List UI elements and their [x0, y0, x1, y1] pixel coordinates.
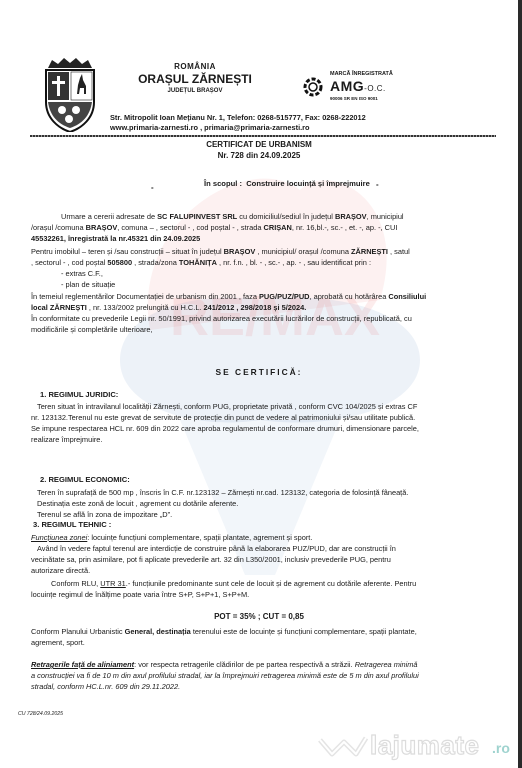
property-line-1: Pentru imobilul – teren și /sau construc…: [31, 246, 410, 257]
text: În temeiul reglementărilor Documentației…: [31, 292, 259, 301]
utr-code: UTR 31: [100, 579, 125, 588]
text: terenului este de locuințe și funcțiuni …: [191, 627, 417, 636]
section-heading-economic: 2. REGIMUL ECONOMIC:: [40, 475, 130, 484]
text: , sectorul - , cod poștal: [31, 258, 107, 267]
se-certifica-heading: SE CERTIFICĂ:: [0, 367, 518, 377]
request-line-3: 45532261, înregistrată la nr.45321 din 2…: [31, 233, 200, 244]
issuer-block: ROMÂNIA ORAȘUL ZĂRNEȘTI JUDEȚUL BRAȘOV: [115, 62, 275, 94]
text: /orașul /comuna: [31, 223, 86, 232]
text: , municipiul: [367, 212, 404, 221]
postal-code: 505800: [107, 258, 132, 267]
pug-line: agrement, sport.: [31, 637, 85, 648]
legal-line-3: În conformitate cu prevederile Legii nr.…: [31, 313, 412, 324]
amg-gear-icon: [302, 76, 324, 98]
text: Urmare a cererii adresate de: [61, 212, 157, 221]
council: local ZĂRNEȘTI: [31, 303, 87, 312]
locality: ZĂRNEȘTI: [351, 247, 388, 256]
economic-line: Terenul se află în zona de impozitare „D…: [37, 509, 172, 520]
request-line-2: /orașul /comuna BRAȘOV, comuna – , secto…: [31, 222, 397, 233]
dash-mark: -: [151, 183, 154, 192]
footer-reference: CU 728/24.09.2025: [18, 711, 63, 717]
economic-line: Teren în suprafață de 500 mp , înscris î…: [37, 487, 408, 498]
identification-item: - plan de situație: [61, 279, 115, 290]
text: cu domiciliul/sediul în județul: [237, 212, 335, 221]
amg-logo-text: AMG-O.C.: [330, 78, 386, 94]
phase: PUG/PUZ/PUD: [259, 292, 310, 301]
zone-function-line: Funcțiunea zonei: locuințe funcțiuni com…: [31, 532, 312, 543]
setback-line-1: Retragerile față de aliniament: vor resp…: [31, 659, 418, 670]
text: , satul: [388, 247, 410, 256]
text: : vor respecta retragerile clădirilor de…: [134, 660, 355, 669]
tehnic-line: Având în vedere faptul terenul are inter…: [37, 543, 396, 554]
dash-mark: -: [376, 180, 379, 189]
legal-line-1: În temeiul reglementărilor Documentației…: [31, 291, 426, 302]
city-name: ORAȘUL ZĂRNEȘTI: [115, 72, 275, 86]
brand-name: lajumate: [370, 730, 480, 761]
amg-suffix: -O.C.: [364, 84, 386, 93]
section-heading-tehnic: 3. REGIMUL TEHNIC :: [33, 520, 111, 529]
juridic-line: Se impune respectarea HCL nr. 609 din 20…: [31, 423, 419, 434]
text: , strada/zona: [132, 258, 179, 267]
city: BRAȘOV: [86, 223, 118, 232]
zone: TOHĂNIȚA: [179, 258, 217, 267]
registered-mark-label: MARCĂ ÎNREGISTRATĂ: [330, 71, 393, 77]
county: BRAȘOV: [335, 212, 367, 221]
text: General, destinația: [125, 627, 191, 636]
text: , aprobată cu hotărârea: [310, 292, 389, 301]
city-crest-icon: [42, 58, 98, 132]
text: , municipiul/ orașul /comuna: [255, 247, 351, 256]
right-border: [518, 0, 522, 768]
issuer-web[interactable]: www.primaria-zarnesti.ro , primaria@prim…: [110, 123, 310, 132]
scope-value: Construire locuință și împrejmuire: [246, 179, 370, 188]
amg-name: AMG: [330, 78, 364, 94]
height-regime-line: locuințe regimul de înălțime poate varia…: [31, 589, 249, 600]
tehnic-line: vecinătate sa, prin asimilare, pot fi ap…: [31, 554, 391, 565]
text: , nr. 133/2002 prelungită cu H.C.L.: [87, 303, 204, 312]
document-page: RE/MAX ROMÂNIA ORAȘUL ZĂRNEȘTI JUDEȚUL B…: [0, 0, 518, 768]
county: BRAȘOV: [224, 247, 256, 256]
lajumate-watermark: lajumate .ro: [316, 728, 516, 762]
text: Consiliului: [388, 292, 426, 301]
certificate-scope: În scopul : Construire locuință și împre…: [204, 179, 370, 188]
street: CRIȘAN: [264, 223, 292, 232]
text: .- funcțiunile predominante sunt cele de…: [126, 579, 416, 588]
legal-line-2: local ZĂRNEȘTI , nr. 133/2002 prelungită…: [31, 302, 306, 313]
juridic-line: realizare împrejmuire.: [31, 434, 102, 445]
text: Conform RLU,: [51, 579, 100, 588]
juridic-line: Teren situat în intravilanul localității…: [37, 401, 417, 412]
pug-line: Conform Planului Urbanistic General, des…: [31, 626, 417, 637]
scope-label: În scopul :: [204, 179, 242, 188]
issuer-address: Str. Mitropolit Ioan Mețianu Nr. 1, Tele…: [110, 113, 366, 122]
zone-function-label: Funcțiunea zonei: [31, 533, 87, 542]
lajumate-logo-icon: [316, 730, 368, 760]
certificate-number: Nr. 728 din 24.09.2025: [0, 151, 518, 160]
rlu-line: Conform RLU, UTR 31.- funcțiunile predom…: [51, 578, 416, 589]
hcl-numbers: 241/2012 , 298/2018 și 5/2024.: [204, 303, 307, 312]
text: , nr. 16,bl.-, sc.- , et. -, ap. -, CUI: [292, 223, 398, 232]
setback-line-2: a construcției va fi de 10 m din axul pr…: [31, 670, 419, 681]
certificate-title: CERTIFICAT DE URBANISM: [0, 140, 518, 149]
applicant-name: SC FALUPINVEST SRL: [157, 212, 237, 221]
text: , nr. f.n. , bl. - , sc.- , ap. - , sau …: [217, 258, 371, 267]
juridic-line: nr. 123132.Terenul nu este grevat de ser…: [31, 412, 415, 423]
text: , comuna – , sectorul - , cod poștal - ,…: [117, 223, 263, 232]
pot-cut-formula: POT = 35% ; CUT = 0,85: [0, 612, 518, 621]
brand-tld: .ro: [492, 740, 510, 756]
iso-label: 90006 SR EN ISO 9001: [330, 96, 378, 101]
header-divider: [30, 135, 496, 137]
text: Pentru imobilul – teren și /sau construc…: [31, 247, 224, 256]
text: : locuințe funcțiuni complementare, spaț…: [87, 533, 312, 542]
country-label: ROMÂNIA: [115, 62, 275, 71]
property-line-2: , sectorul - , cod poștal 505800 , strad…: [31, 257, 371, 268]
legal-line-4: modificările și completările ulterioare,: [31, 324, 153, 335]
tehnic-line: autorizare directă.: [31, 565, 90, 576]
request-line-1: Urmare a cererii adresate de SC FALUPINV…: [61, 211, 404, 222]
setback-line-3: stradal, conform HC.L.nr. 609 din 29.11.…: [31, 681, 180, 692]
text: Conform Planului Urbanistic: [31, 627, 125, 636]
identification-item: - extras C.F.,: [61, 268, 103, 279]
text: Retragerea minimă: [355, 660, 418, 669]
section-heading-juridic: 1. REGIMUL JURIDIC:: [40, 390, 118, 399]
setback-label: Retragerile față de aliniament: [31, 660, 134, 669]
county-label: JUDEȚUL BRAȘOV: [115, 88, 275, 94]
economic-line: Destinația este zonă de locuit , agremen…: [37, 498, 238, 509]
